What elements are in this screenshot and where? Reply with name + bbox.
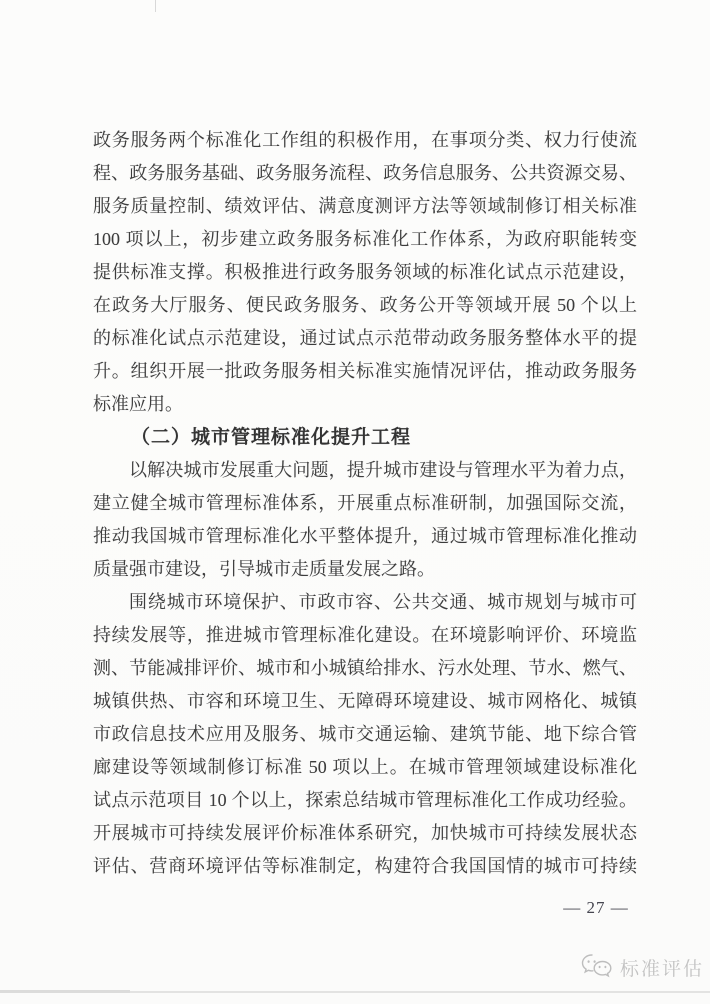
text-line: 标准应用。 xyxy=(93,388,637,421)
page-text-body: 政务服务两个标准化工作组的积极作用，在事项分类、权力行使流 程、政务服务基础、政… xyxy=(93,124,637,883)
text-line: 测、节能减排评价、城市和小城镇给排水、污水处理、节水、燃气、 xyxy=(93,652,637,685)
text-line: 升。组织开展一批政务服务相关标准实施情况评估，推动政务服务 xyxy=(93,355,637,388)
paragraph-city-standardization-details: 围绕城市环境保护、市政市容、公共交通、城市规划与城市可 持续发展等，推进城市管理… xyxy=(93,586,637,883)
text-line: 在政务大厅服务、便民政务服务、政务公开等领域开展 50 个以上 xyxy=(93,289,637,322)
text-line: 围绕城市环境保护、市政市容、公共交通、城市规划与城市可 xyxy=(93,586,637,619)
bottom-divider-segment xyxy=(0,990,130,993)
text-line: 廊建设等领域制修订标准 50 项以上。在城市管理领域建设标准化 xyxy=(93,751,637,784)
wechat-icon xyxy=(580,952,614,982)
text-line: 100 项以上，初步建立政务服务标准化工作体系，为政府职能转变 xyxy=(93,223,637,256)
text-line: 评估、营商环境评估等标准制定，构建符合我国国情的城市可持续 xyxy=(93,850,637,883)
page-number: — 27 — xyxy=(556,896,636,920)
paragraph-city-management-overview: 以解决城市发展重大问题，提升城市建设与管理水平为着力点， 建立健全城市管理标准体… xyxy=(93,454,637,586)
text-line: 开展城市可持续发展评价标准体系研究，加快城市可持续发展状态 xyxy=(93,817,637,850)
scan-artifact xyxy=(155,0,156,12)
text-line: 推动我国城市管理标准化水平整体提升，通过城市管理标准化推动 xyxy=(93,520,637,553)
text-line: 程、政务服务基础、政务服务流程、政务信息服务、公共资源交易、 xyxy=(93,157,637,190)
text-line: 的标准化试点示范建设，通过试点示范带动政务服务整体水平的提 xyxy=(93,322,637,355)
text-line: 建立健全城市管理标准体系，开展重点标准研制，加强国际交流， xyxy=(93,487,637,520)
text-line: 提供标准支撑。积极推进行政务服务领域的标准化试点示范建设， xyxy=(93,256,637,289)
text-line: 城镇供热、市容和环境卫生、无障碍环境建设、城市网格化、城镇 xyxy=(93,685,637,718)
text-line: 质量强市建设，引导城市走质量发展之路。 xyxy=(93,553,637,586)
text-line: 市政信息技术应用及服务、城市交通运输、建筑节能、地下综合管 xyxy=(93,718,637,751)
text-line: 持续发展等，推进城市管理标准化建设。在环境影响评价、环境监 xyxy=(93,619,637,652)
paragraph-government-services: 政务服务两个标准化工作组的积极作用，在事项分类、权力行使流 程、政务服务基础、政… xyxy=(93,124,637,421)
text-line: 服务质量控制、绩效评估、满意度测评方法等领域制修订相关标准 xyxy=(93,190,637,223)
text-line: 政务服务两个标准化工作组的积极作用，在事项分类、权力行使流 xyxy=(93,124,637,157)
watermark: 标准评估 xyxy=(580,952,704,982)
watermark-label: 标准评估 xyxy=(620,954,704,981)
document-page: 政务服务两个标准化工作组的积极作用，在事项分类、权力行使流 程、政务服务基础、政… xyxy=(0,0,710,1004)
section-heading-city-management: （二）城市管理标准化提升工程 xyxy=(93,421,637,454)
text-line: 试点示范项目 10 个以上，探索总结城市管理标准化工作成功经验。 xyxy=(93,784,637,817)
text-line: 以解决城市发展重大问题，提升城市建设与管理水平为着力点， xyxy=(93,454,637,487)
